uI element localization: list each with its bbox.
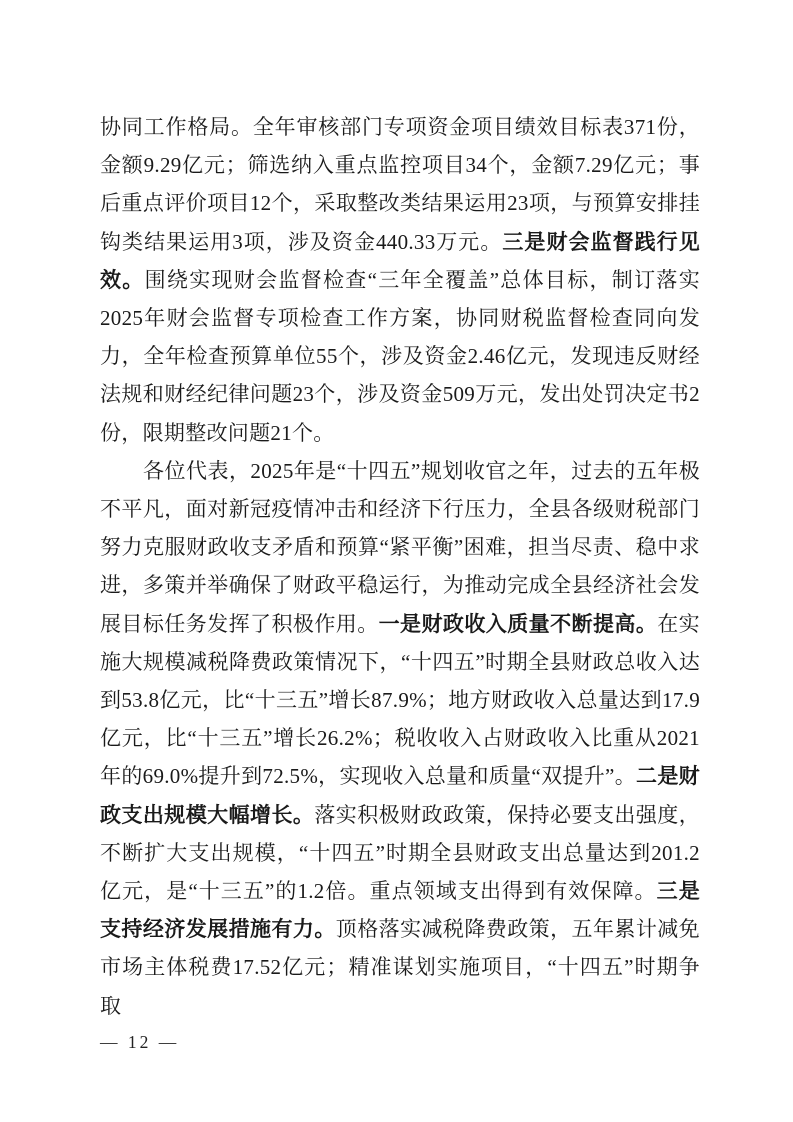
- emphasis-heading-run: 一是财政收入质量不断提高。: [379, 612, 658, 636]
- body-text-run: 在实施大规模减税降费政策情况下，“十四五”时期全县财政总收入达到53.8亿元，比…: [100, 612, 700, 789]
- body-text-run: 各位代表，2025年是“十四五”规划收官之年，过去的五年极不平凡，面对新冠疫情冲…: [100, 459, 700, 636]
- document-body: 协同工作格局。全年审核部门专项资金项目绩效目标表371份，金额9.29亿元；筛选…: [100, 108, 700, 1025]
- paragraph: 各位代表，2025年是“十四五”规划收官之年，过去的五年极不平凡，面对新冠疫情冲…: [100, 452, 700, 1025]
- paragraph-continued: 协同工作格局。全年审核部门专项资金项目绩效目标表371份，金额9.29亿元；筛选…: [100, 108, 700, 452]
- body-text-run: 围绕实现财会监督检查“三年全覆盖”总体目标，制订落实2025年财会监督专项检查工…: [100, 268, 700, 445]
- page-number: — 12 —: [100, 1032, 179, 1053]
- document-page: 协同工作格局。全年审核部门专项资金项目绩效目标表371份，金额9.29亿元；筛选…: [0, 0, 793, 1122]
